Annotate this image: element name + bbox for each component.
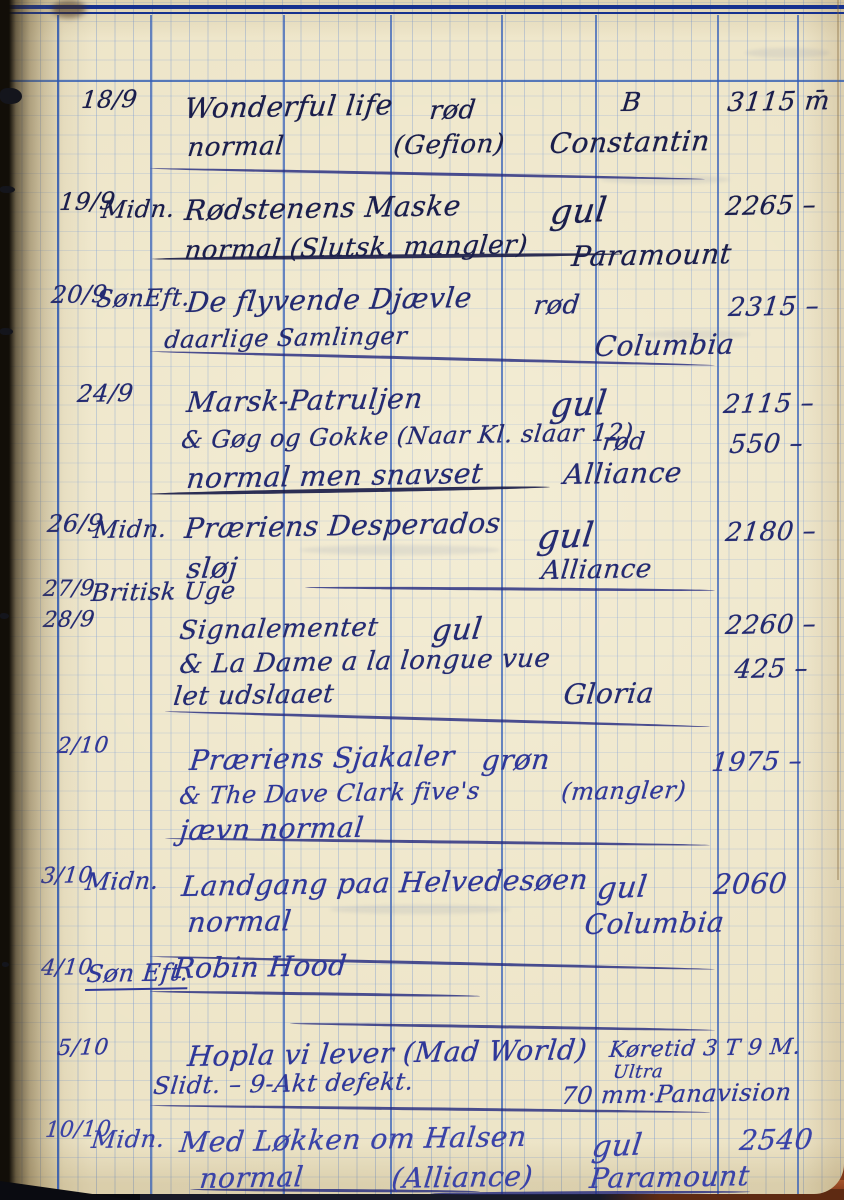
film-title: Præriens Desperados — [183, 507, 502, 545]
session-label: Midn. — [92, 515, 168, 544]
entry-separator — [305, 586, 715, 592]
session-label: SønEft. — [95, 283, 192, 313]
distributor: Columbia — [593, 328, 736, 363]
color-code: gul — [535, 515, 596, 558]
film-title: Wonderful life — [183, 88, 395, 125]
ink-smudge — [0, 328, 13, 335]
ledger-page: 18/9 Wonderful life rød B 3115 m̄ normal… — [0, 0, 844, 1194]
film-title: Landgang paa Helvedesøen — [180, 863, 590, 903]
color-code: grøn — [480, 743, 552, 777]
amount-second: 550 – — [728, 429, 805, 460]
distributor: Alliance — [562, 456, 684, 491]
bleed-through-mark — [300, 545, 500, 555]
entry-separator — [150, 990, 480, 998]
entry-date: 2/10 — [56, 733, 110, 759]
amount: 3115 m̄ — [726, 86, 831, 118]
film-format: 70 mm·Panavision — [560, 1078, 793, 1110]
condition-note: Slidt. – 9-Akt defekt. — [152, 1067, 415, 1100]
color-code-second: rød — [601, 427, 647, 456]
condition-note: let udslaaet — [172, 679, 336, 712]
column-rule — [57, 15, 59, 1194]
stain-mark — [52, 0, 86, 18]
ink-smudge — [0, 613, 9, 619]
bleed-through-mark — [330, 905, 510, 914]
condition-note: normal — [186, 131, 286, 163]
entry-date: 18/9 — [80, 85, 139, 114]
film-title-second: & Gøg og Gokke (Naar Kl. slaar 12) — [180, 418, 635, 454]
amount: 2315 – — [727, 291, 821, 323]
amount: 2180 – — [724, 516, 818, 548]
condition-note: normal (Slutsk. mangler) — [183, 230, 529, 266]
film-title-second: & La Dame a la longue vue — [178, 644, 552, 680]
entry-date: 27/9 — [42, 576, 96, 602]
distributor: Columbia — [583, 906, 726, 941]
entry-separator — [165, 710, 710, 728]
film-title: Marsk-Patruljen — [185, 382, 425, 419]
distributor: Alliance — [540, 554, 653, 586]
margin-note: Britisk Uge — [90, 576, 237, 607]
film-title: Robin Hood — [172, 949, 349, 985]
amount: 2115 – — [722, 388, 816, 420]
film-title: Signalementet — [178, 613, 380, 646]
color-code: gul — [590, 1127, 644, 1165]
entry-date: 5/10 — [56, 1035, 110, 1061]
film-title: De flyvende Djævle — [185, 281, 474, 319]
amount: 2260 – — [724, 609, 818, 641]
condition-note: jævn normal — [178, 811, 366, 847]
session-label: Midn. — [100, 195, 176, 224]
page-edge-line — [837, 0, 839, 880]
color-code: rød — [428, 95, 477, 126]
color-code: gul — [430, 611, 484, 649]
source-note: (Alliance) — [390, 1160, 535, 1195]
runtime-note: Køretid 3 T 9 M. — [608, 1035, 802, 1063]
entry-date: 28/9 — [42, 607, 96, 633]
session-label: Midn. — [90, 1125, 166, 1154]
amount: 2265 – — [724, 190, 818, 222]
bleed-through-mark — [745, 48, 830, 58]
color-code: gul — [548, 190, 609, 233]
missing-note: (mangler) — [560, 776, 688, 806]
ink-smudge — [0, 88, 22, 104]
column-rule — [501, 15, 503, 1194]
distributor: Constantin — [548, 124, 712, 160]
top-rule-2 — [0, 12, 844, 14]
ledger-photo: 18/9 Wonderful life rød B 3115 m̄ normal… — [0, 0, 844, 1200]
source-note: (Gefion) — [392, 129, 506, 161]
distributor: Paramount — [588, 1159, 751, 1195]
censor-rating: B — [620, 88, 643, 118]
film-title: Præriens Sjakaler — [188, 739, 456, 777]
ink-smudge — [2, 962, 9, 967]
film-title: Med Løkken om Halsen — [178, 1120, 528, 1159]
entry-separator — [150, 167, 705, 181]
color-code: gul — [595, 869, 649, 907]
film-title: Rødstenens Maske — [183, 189, 463, 227]
column-rule — [717, 15, 719, 1194]
film-title-second: & The Dave Clark five's — [178, 777, 482, 810]
condition-note: normal — [198, 1160, 305, 1195]
amount: 2540 — [738, 1123, 815, 1157]
distributor: Gloria — [562, 676, 656, 711]
amount: 1975 – — [710, 746, 804, 778]
entry-date: 24/9 — [76, 379, 135, 408]
condition-note: daarlige Samlinger — [163, 322, 409, 354]
amount-second: 425 – — [733, 654, 810, 685]
color-code: rød — [532, 290, 581, 321]
ink-smudge — [0, 186, 15, 193]
top-rule-1 — [0, 5, 844, 9]
distributor: Paramount — [570, 237, 733, 273]
amount: 2060 — [712, 867, 789, 901]
session-label: Midn. — [84, 867, 160, 896]
condition-note: normal men snavset — [185, 457, 485, 495]
condition-note: normal — [186, 904, 293, 939]
